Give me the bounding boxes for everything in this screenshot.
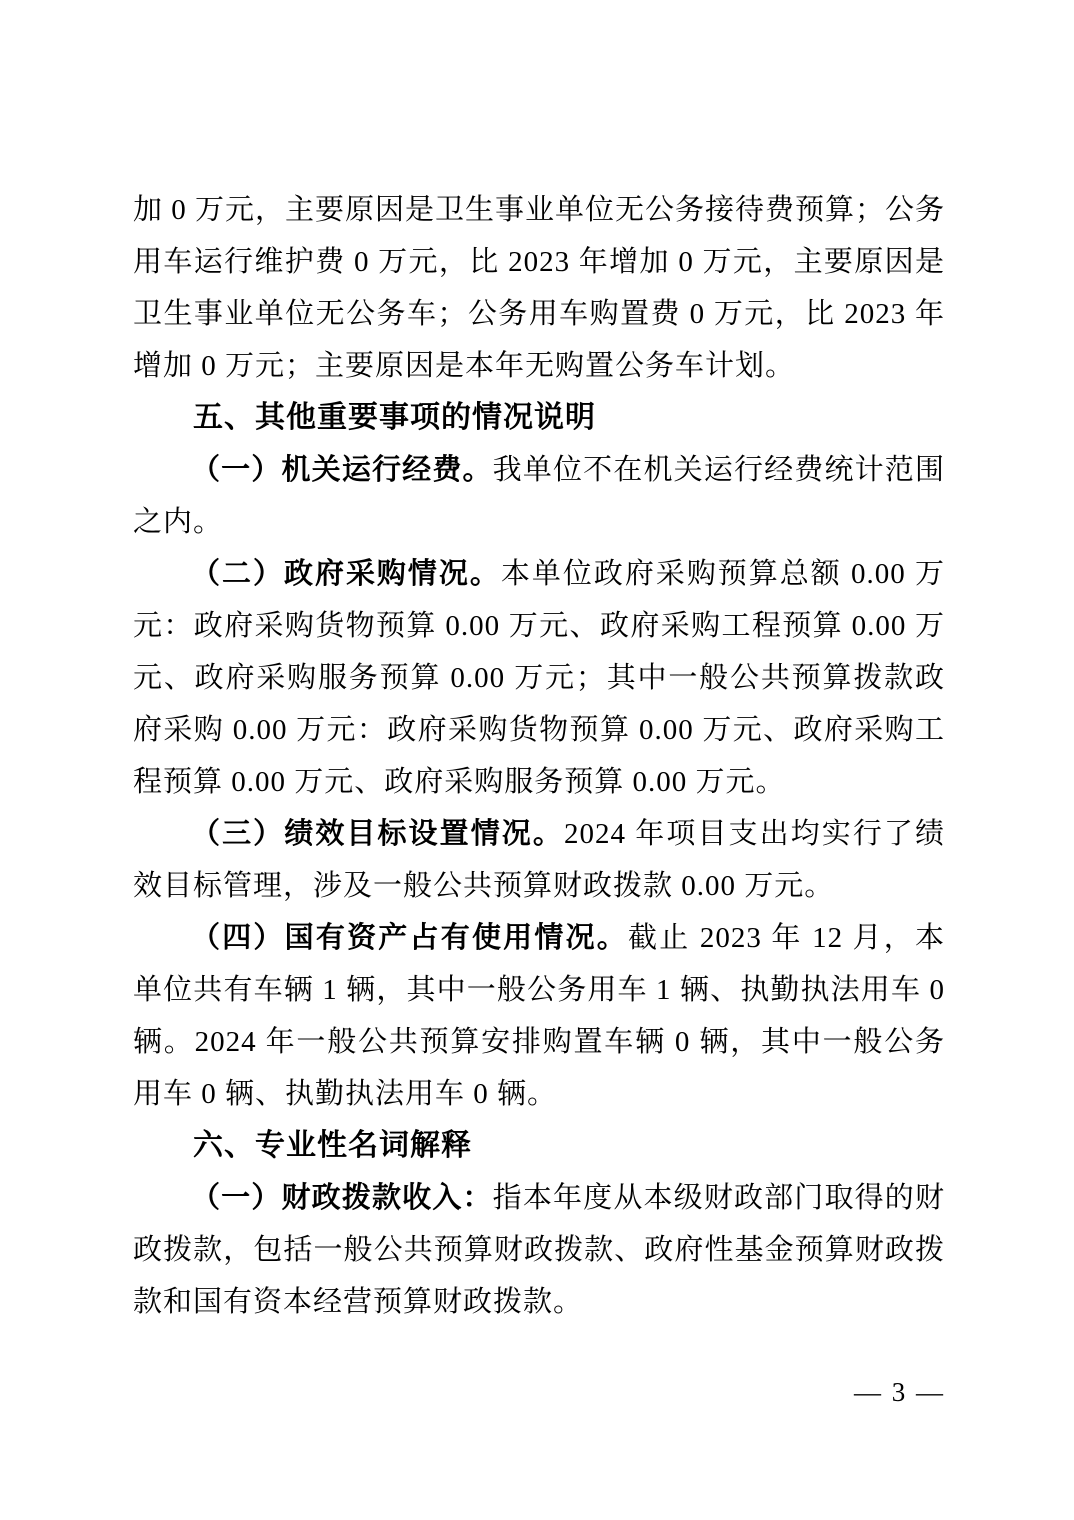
paragraph: （二）政府采购情况。本单位政府采购预算总额 0.00 万元：政府采购货物预算 0…	[133, 548, 945, 808]
paragraph: （一）财政拨款收入：指本年度从本级财政部门取得的财政拨款，包括一般公共预算财政拨…	[133, 1172, 945, 1328]
paragraph-lead: （四）国有资产占有使用情况。	[191, 922, 628, 954]
document-page: 加 0 万元，主要原因是卫生事业单位无公务接待费预算；公务用车运行维护费 0 万…	[0, 0, 1074, 1520]
section-heading-6: 六、专业性名词解释	[133, 1120, 945, 1172]
section-heading-5: 五、其他重要事项的情况说明	[133, 392, 945, 444]
paragraph-lead: （三）绩效目标设置情况。	[191, 818, 564, 850]
paragraph-text: 本单位政府采购预算总额 0.00 万元：政府采购货物预算 0.00 万元、政府采…	[133, 558, 945, 798]
document-body: 加 0 万元，主要原因是卫生事业单位无公务接待费预算；公务用车运行维护费 0 万…	[133, 184, 945, 1328]
page-number: — 3 —	[854, 1376, 945, 1408]
paragraph-lead: （一）财政拨款收入：	[191, 1182, 493, 1214]
paragraph-continuation: 加 0 万元，主要原因是卫生事业单位无公务接待费预算；公务用车运行维护费 0 万…	[133, 184, 945, 392]
paragraph-lead: （二）政府采购情况。	[191, 558, 501, 590]
paragraph: （一）机关运行经费。我单位不在机关运行经费统计范围之内。	[133, 444, 945, 548]
paragraph-lead: （一）机关运行经费。	[191, 454, 493, 486]
paragraph: （四）国有资产占有使用情况。截止 2023 年 12 月，本单位共有车辆 1 辆…	[133, 912, 945, 1120]
paragraph: （三）绩效目标设置情况。2024 年项目支出均实行了绩效目标管理，涉及一般公共预…	[133, 808, 945, 912]
